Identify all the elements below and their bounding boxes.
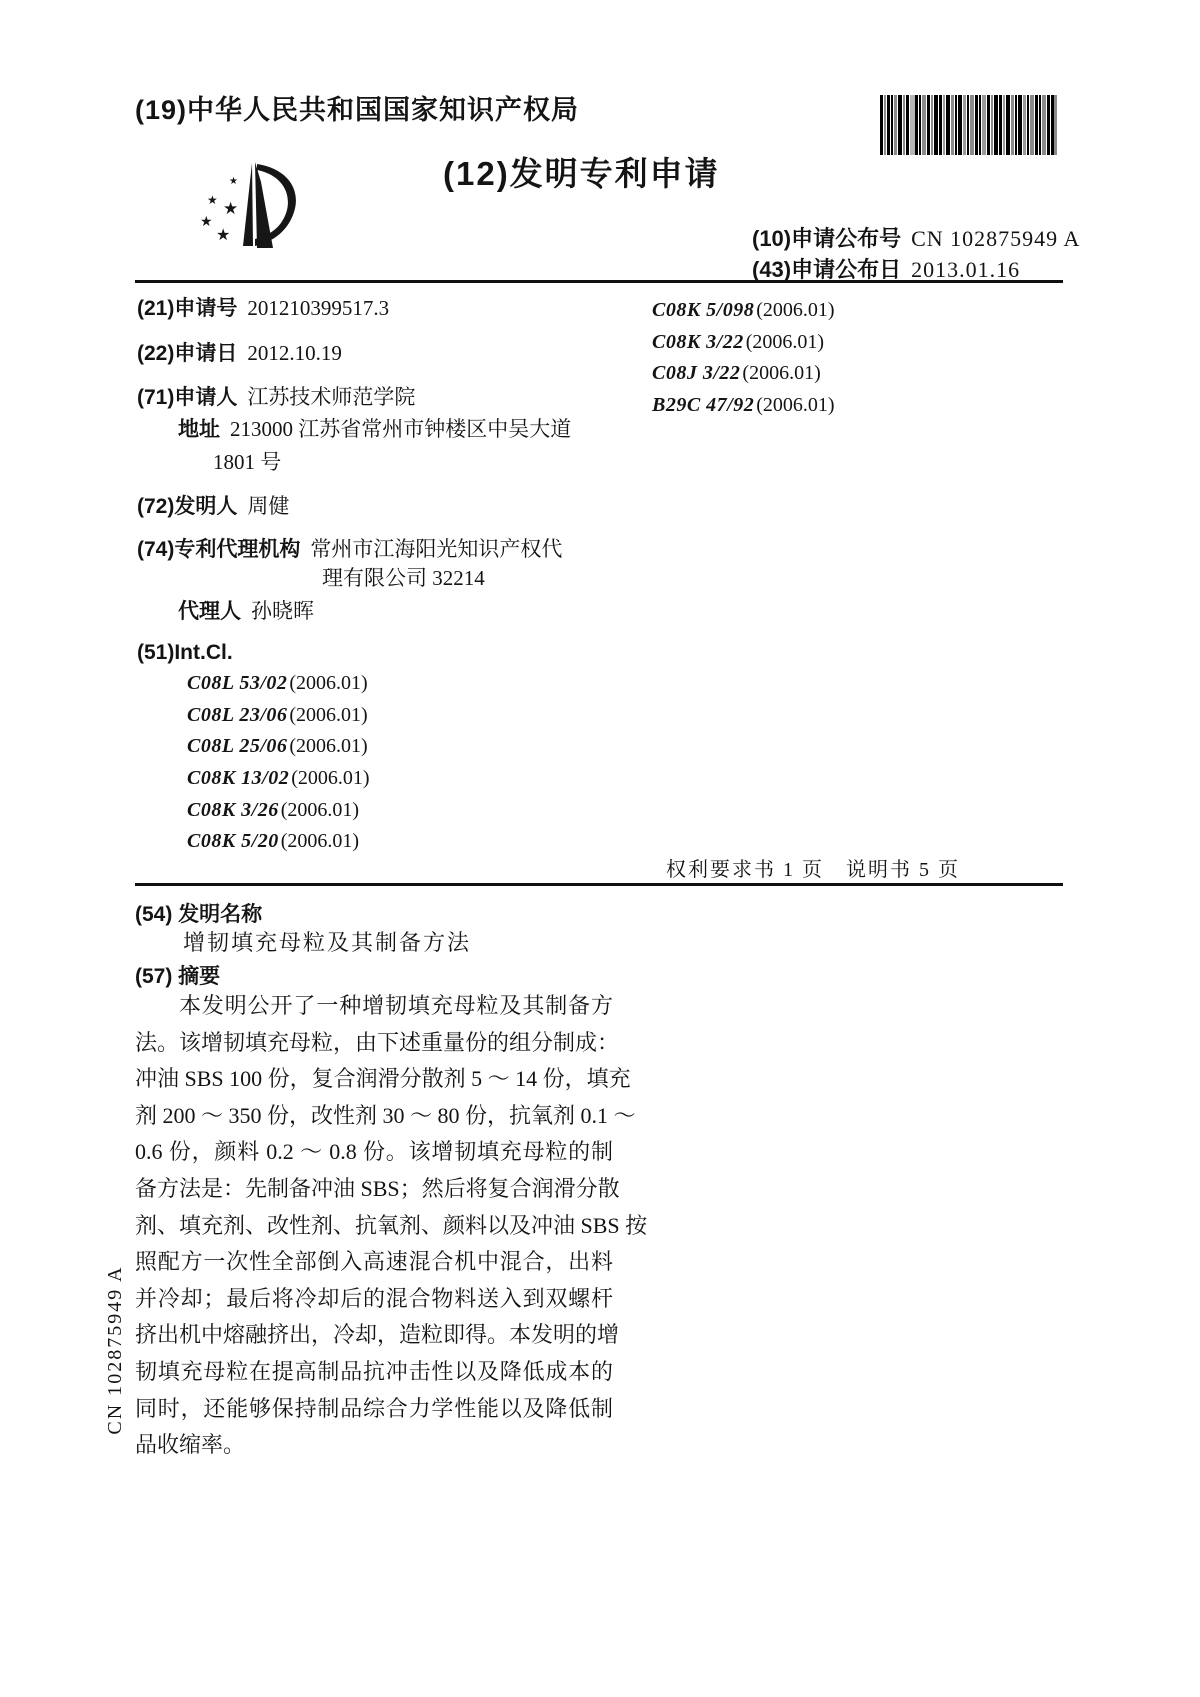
intcl-version: (2006.01): [742, 362, 820, 384]
abstract-line: 冲油 SBS 100 份，复合润滑分散剂 5 ～ 14 份，填充: [135, 1061, 613, 1098]
intcl-code: C08L 53/02: [187, 672, 287, 694]
agent-label: 代理人: [178, 600, 241, 623]
intcl-code: C08K 3/22: [652, 331, 744, 353]
applicant-label: (71)申请人: [137, 386, 237, 409]
svg-text:★: ★: [207, 193, 218, 207]
intcl-code: C08J 3/22: [652, 362, 740, 384]
intcl-code: C08K 13/02: [187, 767, 289, 789]
intcl-entry: C08K 13/02(2006.01): [187, 763, 370, 795]
abstract-line: 备方法是：先制备冲油 SBS；然后将复合润滑分散: [135, 1171, 613, 1208]
intcl-entry: B29C 47/92(2006.01): [652, 390, 835, 422]
address-value-line1: 213000 江苏省常州市钟楼区中吴大道: [230, 417, 571, 441]
publication-number-label: (10)申请公布号: [752, 226, 901, 251]
invention-title: 增韧填充母粒及其制备方法: [183, 926, 471, 957]
intcl-list-right: C08K 5/098(2006.01)C08K 3/22(2006.01)C08…: [652, 295, 835, 422]
abstract-line: 剂、填充剂、改性剂、抗氧剂、颜料以及冲油 SBS 按: [135, 1208, 613, 1245]
abstract-line: 0.6 份，颜料 0.2 ～ 0.8 份。该增韧填充母粒的制: [135, 1134, 613, 1171]
intcl-entry: C08J 3/22(2006.01): [652, 358, 835, 390]
abstract-line: 同时，还能够保持制品综合力学性能以及降低制: [135, 1391, 613, 1428]
abstract-line: 韧填充母粒在提高制品抗冲击性以及降低成本的: [135, 1354, 613, 1391]
applicant-row: (71)申请人江苏技术师范学院: [137, 381, 415, 411]
agency-value-line1: 常州市江海阳光知识产权代: [310, 537, 562, 561]
agent-value: 孙晓晖: [251, 599, 314, 623]
inventor-label: (72)发明人: [137, 495, 237, 518]
abstract-line: 本发明公开了一种增韧填充母粒及其制备方: [135, 988, 613, 1025]
intcl-entry: C08K 5/098(2006.01): [652, 295, 835, 327]
barcode: [880, 95, 1057, 155]
abstract-line: 挤出机中熔融挤出，冷却，造粒即得。本发明的增: [135, 1317, 613, 1354]
pages-note: 权利要求书 1 页 说明书 5 页: [135, 853, 960, 882]
svg-text:★: ★: [216, 225, 230, 244]
intcl-entry: C08L 23/06(2006.01): [187, 700, 370, 732]
agent-row: 代理人孙晓晖: [178, 595, 314, 625]
intcl-heading-row: (51)Int.Cl.: [137, 640, 233, 665]
intcl-version: (2006.01): [281, 830, 359, 852]
intcl-code: B29C 47/92: [652, 394, 754, 416]
application-number-value: 201210399517.3: [247, 296, 389, 320]
publication-date-value: 2013.01.16: [911, 257, 1020, 282]
abstract-line: 品收缩率。: [135, 1427, 613, 1464]
intcl-code: C08L 23/06: [187, 704, 287, 726]
intcl-list-left: C08L 53/02(2006.01)C08L 23/06(2006.01)C0…: [187, 668, 370, 858]
publication-number-row: (10)申请公布号CN 102875949 A: [752, 222, 1080, 253]
intcl-heading-label: (51)Int.Cl.: [137, 641, 233, 664]
application-number-row: (21)申请号201210399517.3: [137, 292, 389, 322]
divider-line-middle: [135, 883, 1063, 886]
intcl-version: (2006.01): [746, 331, 824, 353]
abstract-line: 并冷却；最后将冷却后的混合物料送入到双螺杆: [135, 1281, 613, 1318]
application-date-label: (22)申请日: [137, 342, 237, 365]
side-publication-number: CN 102875949 A: [101, 1250, 129, 1450]
address-row: 地址213000 江苏省常州市钟楼区中吴大道: [178, 413, 571, 443]
intcl-code: C08K 5/20: [187, 830, 279, 852]
inventor-value: 周健: [247, 494, 289, 518]
intcl-entry: C08K 3/26(2006.01): [187, 795, 370, 827]
intcl-code: C08L 25/06: [187, 735, 287, 757]
application-date-row: (22)申请日2012.10.19: [137, 337, 342, 367]
abstract-line: 法。该增韧填充母粒，由下述重量份的组分制成：: [135, 1025, 613, 1062]
intcl-version: (2006.01): [289, 704, 367, 726]
agency-value-line2: 理有限公司 32214: [322, 566, 485, 590]
svg-text:★: ★: [223, 199, 238, 219]
inventor-row: (72)发明人周健: [137, 490, 289, 520]
document-type-title: (12)发明专利申请: [443, 148, 720, 195]
intcl-code: C08K 3/26: [187, 799, 279, 821]
intcl-version: (2006.01): [756, 299, 834, 321]
application-number-label: (21)申请号: [137, 297, 237, 320]
patent-front-page: (19)中华人民共和国国家知识产权局 ★ ★ ★ ★ ★: [0, 0, 1200, 1697]
agency-label: (74)专利代理机构: [137, 538, 300, 561]
intcl-version: (2006.01): [756, 394, 834, 416]
agency-row: (74)专利代理机构常州市江海阳光知识产权代: [137, 533, 562, 563]
applicant-value: 江苏技术师范学院: [247, 385, 415, 409]
application-date-value: 2012.10.19: [247, 341, 342, 365]
intcl-version: (2006.01): [291, 767, 369, 789]
publication-number-value: CN 102875949 A: [911, 226, 1080, 251]
cnipa-logo-icon: ★ ★ ★ ★ ★: [195, 150, 300, 255]
divider-line-top: [135, 280, 1063, 283]
address-label: 地址: [178, 418, 220, 441]
intcl-entry: C08K 3/22(2006.01): [652, 327, 835, 359]
abstract-line: 照配方一次性全部倒入高速混合机中混合，出料: [135, 1244, 613, 1281]
abstract-section-label: (57) 摘要: [135, 960, 220, 990]
address-row-continuation: 1801 号: [213, 446, 281, 476]
publication-date-label: (43)申请公布日: [752, 257, 901, 282]
intcl-version: (2006.01): [289, 735, 367, 757]
svg-text:★: ★: [229, 176, 238, 187]
svg-text:★: ★: [200, 214, 213, 230]
intcl-entry: C08L 53/02(2006.01): [187, 668, 370, 700]
intcl-version: (2006.01): [281, 799, 359, 821]
agency-row-continuation: 理有限公司 32214: [322, 562, 485, 592]
intcl-entry: C08L 25/06(2006.01): [187, 731, 370, 763]
intcl-version: (2006.01): [289, 672, 367, 694]
abstract-text: 本发明公开了一种增韧填充母粒及其制备方法。该增韧填充母粒，由下述重量份的组分制成…: [135, 988, 613, 1464]
invention-title-section-label: (54) 发明名称: [135, 898, 262, 928]
abstract-line: 剂 200 ～ 350 份，改性剂 30 ～ 80 份，抗氧剂 0.1 ～: [135, 1098, 613, 1135]
issuing-office-line: (19)中华人民共和国国家知识产权局: [135, 88, 579, 127]
intcl-code: C08K 5/098: [652, 299, 754, 321]
address-value-line2: 1801 号: [213, 450, 281, 474]
